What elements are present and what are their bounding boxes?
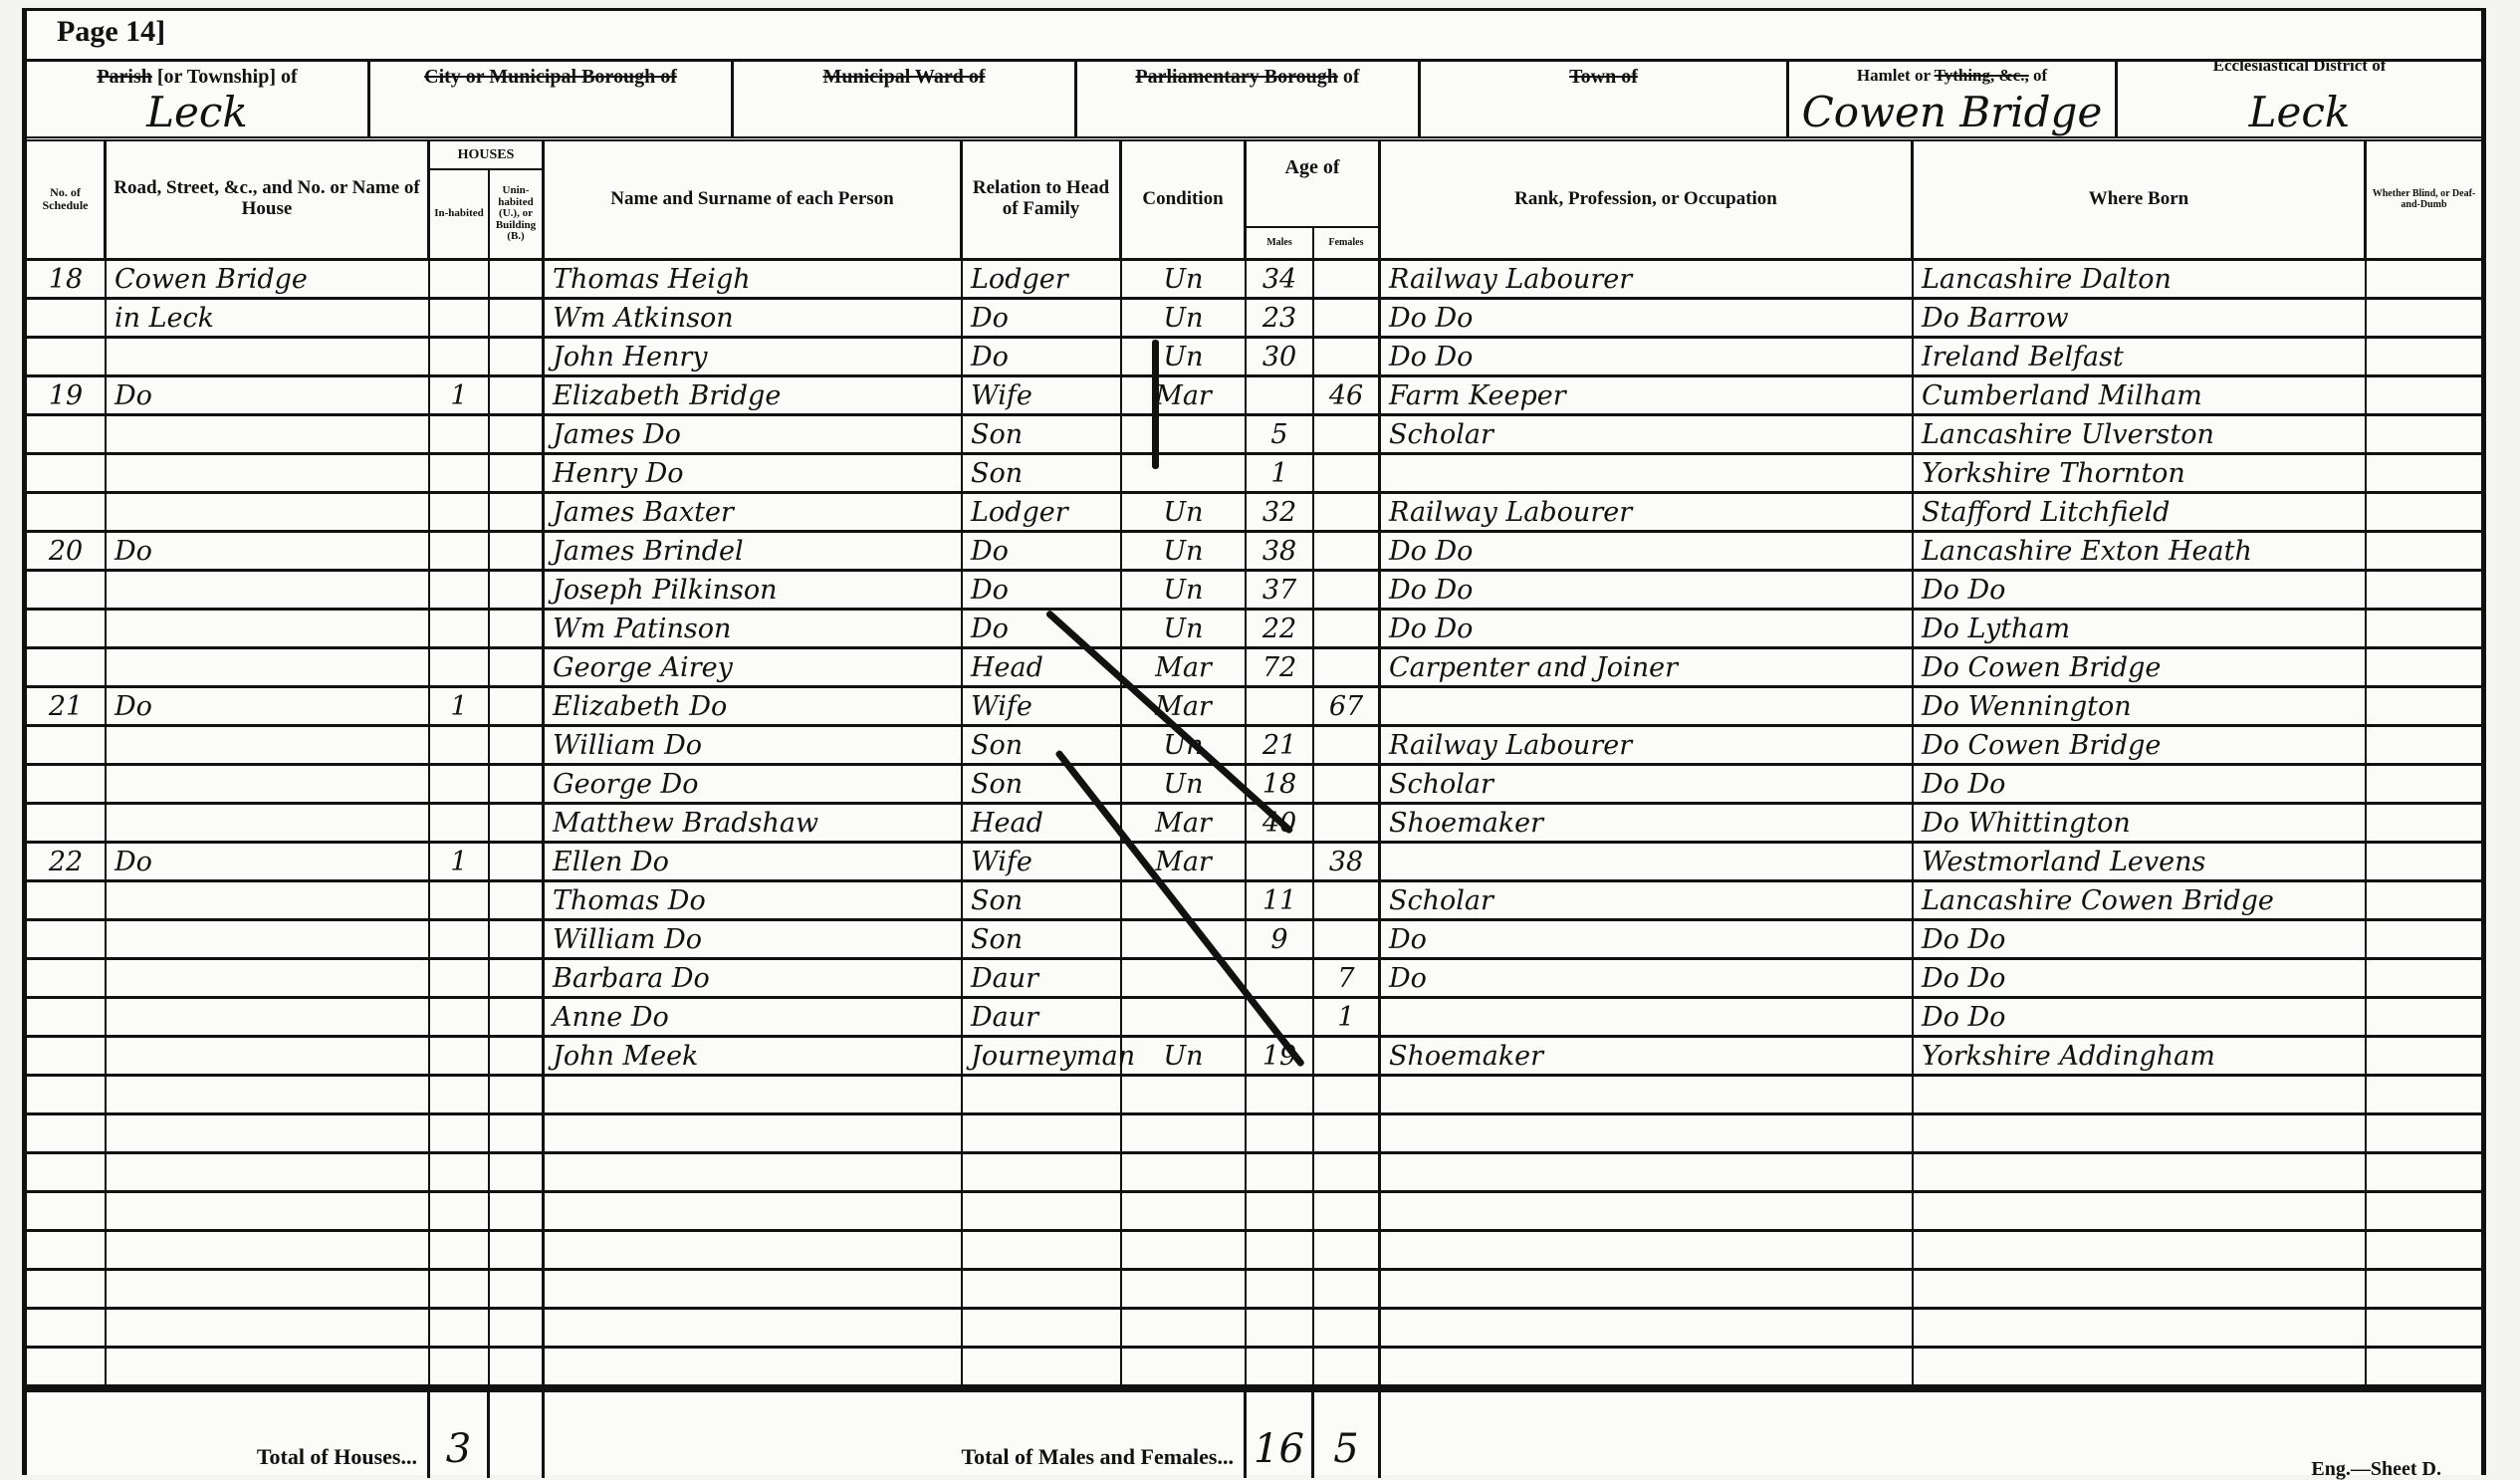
blind-deaf xyxy=(2367,727,2481,766)
relation-to-head: Do xyxy=(963,611,1122,649)
census-sheet: Page 14] Parish [or Township] of Leck Ci… xyxy=(22,8,2486,1475)
inhabited-count: 1 xyxy=(430,844,490,882)
inhabited-count: 1 xyxy=(430,377,490,416)
road-name xyxy=(107,882,430,921)
age-male: 37 xyxy=(1247,572,1314,611)
road-name xyxy=(107,960,430,999)
occupation: Scholar xyxy=(1381,766,1914,805)
person-name: Ellen Do xyxy=(545,844,963,882)
blind-deaf xyxy=(2367,339,2481,377)
occupation: Do Do xyxy=(1381,611,1914,649)
inhabited-count xyxy=(430,805,490,844)
age-female xyxy=(1314,611,1381,649)
relation-to-head: Son xyxy=(963,882,1122,921)
schedule-number: 22 xyxy=(27,844,107,882)
age-female xyxy=(1314,649,1381,688)
table-row: in LeckWm AtkinsonDoUn23Do DoDo Barrow xyxy=(27,300,2481,339)
locality-parish: Parish [or Township] of Leck xyxy=(27,62,370,136)
header-females: Females xyxy=(1314,228,1381,258)
person-name xyxy=(545,1310,963,1349)
uninhabited-count xyxy=(490,882,545,921)
age-male xyxy=(1247,1193,1314,1232)
header-uninhabited: Unin-habited (U.), or Building (B.) xyxy=(490,170,545,258)
total-persons-label-cell: Total of Males and Females... xyxy=(545,1392,1247,1478)
table-row: Barbara DoDaur7DoDo Do xyxy=(27,960,2481,999)
marital-condition xyxy=(1122,921,1247,960)
age-female xyxy=(1314,1310,1381,1349)
schedule-number: 19 xyxy=(27,377,107,416)
occupation: Scholar xyxy=(1381,882,1914,921)
table-row: 19Do1Elizabeth BridgeWifeMar46Farm Keepe… xyxy=(27,377,2481,416)
person-name xyxy=(545,1232,963,1271)
header-age: Age of xyxy=(1247,140,1381,228)
blind-deaf xyxy=(2367,649,2481,688)
birthplace: Lancashire Ulverston xyxy=(1914,416,2367,455)
inhabited-count xyxy=(430,999,490,1038)
blind-deaf xyxy=(2367,300,2481,339)
age-male: 22 xyxy=(1247,611,1314,649)
road-name: Do xyxy=(107,533,430,572)
road-name xyxy=(107,727,430,766)
occupation xyxy=(1381,455,1914,494)
road-name xyxy=(107,1115,430,1154)
header-name: Name and Surname of each Person xyxy=(545,140,963,258)
age-male xyxy=(1247,1232,1314,1271)
blind-deaf xyxy=(2367,960,2481,999)
uninhabited-count xyxy=(490,805,545,844)
inhabited-count xyxy=(430,921,490,960)
marital-condition: Un xyxy=(1122,533,1247,572)
marital-condition: Un xyxy=(1122,339,1247,377)
marital-condition xyxy=(1122,1115,1247,1154)
uninhabited-count xyxy=(490,1154,545,1193)
occupation: Do Do xyxy=(1381,339,1914,377)
age-male xyxy=(1247,960,1314,999)
schedule-number xyxy=(27,1310,107,1349)
table-row: William DoSonUn21Railway LabourerDo Cowe… xyxy=(27,727,2481,766)
occupation xyxy=(1381,1310,1914,1349)
total-houses-inhabited: 3 xyxy=(430,1392,490,1478)
occupation: Shoemaker xyxy=(1381,1038,1914,1077)
occupation: Do Do xyxy=(1381,300,1914,339)
inhabited-count xyxy=(430,1038,490,1077)
road-name: in Leck xyxy=(107,300,430,339)
age-female: 7 xyxy=(1314,960,1381,999)
header-houses: HOUSES xyxy=(430,140,545,170)
locality-parliamentary: Parliamentary Borough of xyxy=(1077,62,1421,136)
age-female xyxy=(1314,339,1381,377)
age-female xyxy=(1314,572,1381,611)
table-row xyxy=(27,1232,2481,1271)
marital-condition: Mar xyxy=(1122,649,1247,688)
age-female xyxy=(1314,766,1381,805)
blind-deaf xyxy=(2367,1349,2481,1387)
person-name: Wm Atkinson xyxy=(545,300,963,339)
age-male: 1 xyxy=(1247,455,1314,494)
occupation: Do xyxy=(1381,921,1914,960)
occupation: Do xyxy=(1381,960,1914,999)
person-name: Joseph Pilkinson xyxy=(545,572,963,611)
occupation xyxy=(1381,1154,1914,1193)
schedule-number xyxy=(27,300,107,339)
relation-to-head: Wife xyxy=(963,377,1122,416)
road-name xyxy=(107,649,430,688)
marital-condition xyxy=(1122,416,1247,455)
road-name xyxy=(107,455,430,494)
person-name xyxy=(545,1271,963,1310)
schedule-number xyxy=(27,649,107,688)
road-name xyxy=(107,1349,430,1387)
uninhabited-count xyxy=(490,533,545,572)
age-male xyxy=(1247,844,1314,882)
marital-condition: Un xyxy=(1122,1038,1247,1077)
marital-condition xyxy=(1122,1271,1247,1310)
uninhabited-count xyxy=(490,494,545,533)
locality-hamlet: Hamlet or Tything, &c., of Cowen Bridge xyxy=(1789,62,2118,136)
birthplace: Do Cowen Bridge xyxy=(1914,649,2367,688)
schedule-number xyxy=(27,1193,107,1232)
blind-deaf xyxy=(2367,1038,2481,1077)
occupation: Shoemaker xyxy=(1381,805,1914,844)
age-male: 34 xyxy=(1247,261,1314,300)
relation-to-head xyxy=(963,1349,1122,1387)
inhabited-count xyxy=(430,339,490,377)
uninhabited-count xyxy=(490,1077,545,1115)
header-males: Males xyxy=(1247,228,1314,258)
table-row xyxy=(27,1349,2481,1387)
age-female xyxy=(1314,533,1381,572)
locality-city: City or Municipal Borough of xyxy=(370,62,734,136)
relation-to-head: Do xyxy=(963,300,1122,339)
age-male: 38 xyxy=(1247,533,1314,572)
uninhabited-count xyxy=(490,1115,545,1154)
age-male: 5 xyxy=(1247,416,1314,455)
marital-condition: Un xyxy=(1122,261,1247,300)
age-female: 38 xyxy=(1314,844,1381,882)
schedule-number xyxy=(27,960,107,999)
inhabited-count xyxy=(430,416,490,455)
inhabited-count xyxy=(430,611,490,649)
header-condition: Condition xyxy=(1122,140,1247,258)
uninhabited-count xyxy=(490,844,545,882)
birthplace: Lancashire Dalton xyxy=(1914,261,2367,300)
birthplace: Do Wennington xyxy=(1914,688,2367,727)
relation-to-head xyxy=(963,1310,1122,1349)
table-row xyxy=(27,1077,2481,1115)
relation-to-head: Daur xyxy=(963,960,1122,999)
inhabited-count xyxy=(430,766,490,805)
birthplace: Do Cowen Bridge xyxy=(1914,727,2367,766)
table-row: Thomas DoSon11ScholarLancashire Cowen Br… xyxy=(27,882,2481,921)
occupation xyxy=(1381,999,1914,1038)
blind-deaf xyxy=(2367,261,2481,300)
road-name: Do xyxy=(107,844,430,882)
birthplace xyxy=(1914,1193,2367,1232)
schedule-number xyxy=(27,611,107,649)
birthplace: Do Do xyxy=(1914,921,2367,960)
birthplace: Do Barrow xyxy=(1914,300,2367,339)
relation-to-head xyxy=(963,1154,1122,1193)
marital-condition xyxy=(1122,1077,1247,1115)
occupation: Do Do xyxy=(1381,533,1914,572)
table-row: 18Cowen BridgeThomas HeighLodgerUn34Rail… xyxy=(27,261,2481,300)
schedule-number xyxy=(27,1038,107,1077)
blind-deaf xyxy=(2367,1271,2481,1310)
column-headers: No. of Schedule Road, Street, &c., and N… xyxy=(27,140,2481,261)
uninhabited-count xyxy=(490,921,545,960)
relation-to-head xyxy=(963,1232,1122,1271)
age-female xyxy=(1314,1154,1381,1193)
blind-deaf xyxy=(2367,494,2481,533)
table-row: George AireyHeadMar72Carpenter and Joine… xyxy=(27,649,2481,688)
uninhabited-count xyxy=(490,300,545,339)
age-male xyxy=(1247,1310,1314,1349)
relation-to-head: Journeyman xyxy=(963,1038,1122,1077)
age-female xyxy=(1314,455,1381,494)
road-name xyxy=(107,1310,430,1349)
blind-deaf xyxy=(2367,1310,2481,1349)
marital-condition xyxy=(1122,1310,1247,1349)
inhabited-count xyxy=(430,727,490,766)
birthplace: Lancashire Cowen Bridge xyxy=(1914,882,2367,921)
occupation: Carpenter and Joiner xyxy=(1381,649,1914,688)
relation-to-head: Do xyxy=(963,339,1122,377)
age-male xyxy=(1247,1154,1314,1193)
relation-to-head: Lodger xyxy=(963,494,1122,533)
hamlet-value: Cowen Bridge xyxy=(1789,88,2115,136)
locality-header: Parish [or Township] of Leck City or Mun… xyxy=(27,59,2481,141)
uninhabited-count xyxy=(490,1193,545,1232)
uninhabited-count xyxy=(490,572,545,611)
page-number: Page 14] xyxy=(57,15,165,49)
table-row: John HenryDoUn30Do DoIreland Belfast xyxy=(27,339,2481,377)
table-row xyxy=(27,1193,2481,1232)
blind-deaf xyxy=(2367,882,2481,921)
inhabited-count xyxy=(430,1310,490,1349)
age-female xyxy=(1314,805,1381,844)
age-female xyxy=(1314,1038,1381,1077)
age-female xyxy=(1314,1077,1381,1115)
blind-deaf xyxy=(2367,688,2481,727)
relation-to-head: Lodger xyxy=(963,261,1122,300)
road-name xyxy=(107,1154,430,1193)
person-name: Matthew Bradshaw xyxy=(545,805,963,844)
birthplace xyxy=(1914,1271,2367,1310)
road-name xyxy=(107,1193,430,1232)
birthplace: Westmorland Levens xyxy=(1914,844,2367,882)
total-males-cell: 16 xyxy=(1247,1392,1314,1478)
schedule-number xyxy=(27,416,107,455)
occupation xyxy=(1381,1077,1914,1115)
table-row: John MeekJourneymanUn19ShoemakerYorkshir… xyxy=(27,1038,2481,1077)
header-blind-deaf: Whether Blind, or Deaf-and-Dumb xyxy=(2367,140,2481,258)
person-name: John Henry xyxy=(545,339,963,377)
table-row: Matthew BradshawHeadMar40ShoemakerDo Whi… xyxy=(27,805,2481,844)
occupation xyxy=(1381,1349,1914,1387)
age-female: 1 xyxy=(1314,999,1381,1038)
total-females-cell: 5 xyxy=(1314,1392,1381,1478)
occupation: Farm Keeper xyxy=(1381,377,1914,416)
table-row: 21Do1Elizabeth DoWifeMar67Do Wennington xyxy=(27,688,2481,727)
uninhabited-count xyxy=(490,611,545,649)
birthplace: Do Do xyxy=(1914,572,2367,611)
locality-town: Town of xyxy=(1421,62,1789,136)
uninhabited-count xyxy=(490,1271,545,1310)
schedule-number xyxy=(27,1232,107,1271)
relation-to-head: Wife xyxy=(963,844,1122,882)
uninhabited-count xyxy=(490,416,545,455)
uninhabited-count xyxy=(490,1310,545,1349)
blind-deaf xyxy=(2367,1193,2481,1232)
person-name: George Do xyxy=(545,766,963,805)
total-females-value: 5 xyxy=(1314,1426,1378,1472)
birthplace: Stafford Litchfield xyxy=(1914,494,2367,533)
road-name xyxy=(107,416,430,455)
inhabited-count xyxy=(430,261,490,300)
birthplace: Do Whittington xyxy=(1914,805,2367,844)
marital-condition xyxy=(1122,1349,1247,1387)
blind-deaf xyxy=(2367,766,2481,805)
inhabited-count xyxy=(430,1115,490,1154)
uninhabited-count xyxy=(490,960,545,999)
locality-ward: Municipal Ward of xyxy=(734,62,1077,136)
person-name: Henry Do xyxy=(545,455,963,494)
schedule-number xyxy=(27,455,107,494)
uninhabited-count xyxy=(490,455,545,494)
schedule-number xyxy=(27,572,107,611)
relation-to-head: Son xyxy=(963,921,1122,960)
inhabited-count xyxy=(430,960,490,999)
sheet-code: Eng.—Sheet D. xyxy=(2311,1458,2441,1480)
header-schedule: No. of Schedule xyxy=(27,140,107,258)
blind-deaf xyxy=(2367,921,2481,960)
uninhabited-count xyxy=(490,766,545,805)
age-female: 67 xyxy=(1314,688,1381,727)
blind-deaf xyxy=(2367,611,2481,649)
person-name: George Airey xyxy=(545,649,963,688)
age-female xyxy=(1314,1115,1381,1154)
total-houses-value: 3 xyxy=(430,1426,487,1472)
road-name xyxy=(107,1077,430,1115)
age-female xyxy=(1314,300,1381,339)
uninhabited-count xyxy=(490,261,545,300)
birthplace: Do Do xyxy=(1914,960,2367,999)
marital-condition: Un xyxy=(1122,611,1247,649)
road-name: Cowen Bridge xyxy=(107,261,430,300)
age-male xyxy=(1247,1115,1314,1154)
table-row xyxy=(27,1271,2481,1310)
table-row: James BaxterLodgerUn32Railway LabourerSt… xyxy=(27,494,2481,533)
schedule-number xyxy=(27,1349,107,1387)
age-male: 21 xyxy=(1247,727,1314,766)
marital-condition xyxy=(1122,999,1247,1038)
schedule-number xyxy=(27,805,107,844)
age-male: 11 xyxy=(1247,882,1314,921)
totals-footer: Total of Houses... 3 Total of Males and … xyxy=(27,1386,2481,1480)
inhabited-count xyxy=(430,1232,490,1271)
inhabited-count xyxy=(430,300,490,339)
relation-to-head xyxy=(963,1271,1122,1310)
blind-deaf xyxy=(2367,1154,2481,1193)
person-name: William Do xyxy=(545,921,963,960)
person-name xyxy=(545,1154,963,1193)
age-male: 72 xyxy=(1247,649,1314,688)
road-name xyxy=(107,766,430,805)
person-name xyxy=(545,1349,963,1387)
total-houses-uninhabited xyxy=(490,1392,545,1478)
inhabited-count: 1 xyxy=(430,688,490,727)
age-male xyxy=(1247,1271,1314,1310)
uninhabited-count xyxy=(490,1038,545,1077)
age-female xyxy=(1314,921,1381,960)
age-female xyxy=(1314,1271,1381,1310)
relation-to-head: Daur xyxy=(963,999,1122,1038)
road-name xyxy=(107,494,430,533)
occupation: Railway Labourer xyxy=(1381,494,1914,533)
birthplace: Lancashire Exton Heath xyxy=(1914,533,2367,572)
occupation xyxy=(1381,1193,1914,1232)
birthplace xyxy=(1914,1077,2367,1115)
schedule-number xyxy=(27,1154,107,1193)
occupation xyxy=(1381,1271,1914,1310)
schedule-number xyxy=(27,1271,107,1310)
schedule-number xyxy=(27,921,107,960)
ecclesiastical-value: Leck xyxy=(2118,88,2481,136)
road-name xyxy=(107,999,430,1038)
inhabited-count xyxy=(430,1349,490,1387)
table-row: Wm PatinsonDoUn22Do DoDo Lytham xyxy=(27,611,2481,649)
relation-to-head: Do xyxy=(963,572,1122,611)
age-female xyxy=(1314,1193,1381,1232)
blind-deaf xyxy=(2367,999,2481,1038)
uninhabited-count xyxy=(490,649,545,688)
inhabited-count xyxy=(430,1077,490,1115)
age-male: 32 xyxy=(1247,494,1314,533)
uninhabited-count xyxy=(490,999,545,1038)
header-relation: Relation to Head of Family xyxy=(963,140,1122,258)
uninhabited-count xyxy=(490,688,545,727)
inhabited-count xyxy=(430,494,490,533)
total-houses-label: Total of Houses... xyxy=(257,1444,417,1470)
marital-condition xyxy=(1122,1232,1247,1271)
inhabited-count xyxy=(430,882,490,921)
birthplace: Ireland Belfast xyxy=(1914,339,2367,377)
occupation xyxy=(1381,1232,1914,1271)
marital-condition xyxy=(1122,455,1247,494)
person-name: Thomas Do xyxy=(545,882,963,921)
schedule-number xyxy=(27,766,107,805)
person-name xyxy=(545,1077,963,1115)
uninhabited-count xyxy=(490,377,545,416)
age-female: 46 xyxy=(1314,377,1381,416)
person-name: Barbara Do xyxy=(545,960,963,999)
road-name xyxy=(107,1232,430,1271)
table-row: Henry DoSon1Yorkshire Thornton xyxy=(27,455,2481,494)
relation-to-head: Son xyxy=(963,455,1122,494)
person-name: Elizabeth Do xyxy=(545,688,963,727)
blind-deaf xyxy=(2367,572,2481,611)
age-male xyxy=(1247,688,1314,727)
table-row: Joseph PilkinsonDoUn37Do DoDo Do xyxy=(27,572,2481,611)
relation-to-head: Son xyxy=(963,727,1122,766)
inhabited-count xyxy=(430,1154,490,1193)
person-name: James Baxter xyxy=(545,494,963,533)
age-female xyxy=(1314,416,1381,455)
relation-to-head: Wife xyxy=(963,688,1122,727)
blind-deaf xyxy=(2367,1115,2481,1154)
uninhabited-count xyxy=(490,339,545,377)
occupation xyxy=(1381,1115,1914,1154)
